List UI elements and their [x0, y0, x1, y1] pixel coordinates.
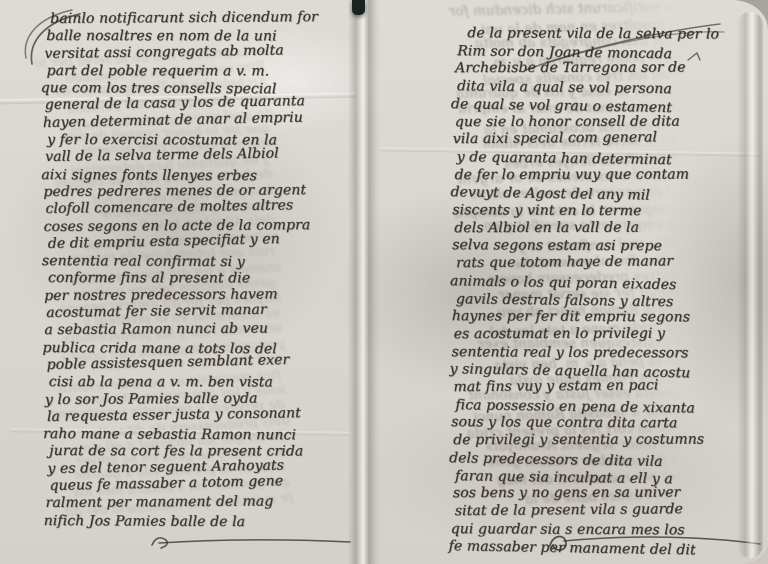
manuscript-line: acostumat fer sie servit manar [46, 301, 350, 323]
manuscript-line: a sebastia Ramon nunci ab veu [44, 320, 350, 339]
manuscript-line: cisi ab la pena a v. m. ben vista [49, 374, 351, 392]
manuscript-line: qui guardar sia s encara mes los [451, 521, 761, 540]
manuscript-scan: de la present vila de la selva per loRim… [0, 0, 768, 564]
manuscript-line: mat fins vuy y estam en paci [453, 377, 761, 397]
manuscript-line: vila aixi special com general [453, 129, 763, 149]
center-fold [348, 0, 380, 564]
manuscript-line: de privilegi y sententia y costumns [453, 432, 761, 451]
binding-notch [352, 0, 365, 15]
manuscript-line: vall de la selva terme dels Albiol [45, 145, 349, 167]
manuscript-line: la requesta esser justa y consonant [47, 404, 351, 426]
manuscript-line: de la present vila de la selva per lo [467, 25, 763, 44]
manuscript-line: es acostumat en lo privilegi y [454, 325, 762, 344]
manuscript-line: dels Albiol en la vall de la [454, 219, 762, 238]
page-edge [737, 12, 763, 558]
manuscript-line: bainlo notificarunt sich dicendum for [50, 9, 348, 28]
manuscript-line: rats que totom haye de manar [456, 253, 762, 273]
manuscript-line: Archebisbe de Tarregona sor de [455, 60, 763, 79]
manuscript-line: nifich Jos Pamies balle de la [44, 513, 352, 532]
manuscript-line: part del poble requerim a v. m. [47, 63, 349, 81]
manuscript-line: versitat assi congregats ab molta [44, 41, 348, 63]
manuscript-line: gavils destrals falsons y altres [456, 291, 762, 313]
manuscript-line: conforme fins al present die [48, 270, 350, 288]
manuscript-line: sitat de la present vila s guarde [455, 501, 761, 521]
right-page-text: de la present vila de la selva per loRim… [451, 25, 764, 558]
manuscript-line: clofoll comencare de moltes altres [45, 197, 349, 219]
manuscript-line: de fer lo empriu vuy que contam [455, 166, 763, 185]
manuscript-line: ralment per manament del mag [46, 493, 352, 512]
left-page-text: bainlo notificarunt sich dicendum forbal… [42, 9, 352, 530]
manuscript-line: sententia real y los predecessors [452, 344, 762, 363]
manuscript-line: aixi signes fonts llenyes erbes [41, 167, 349, 186]
